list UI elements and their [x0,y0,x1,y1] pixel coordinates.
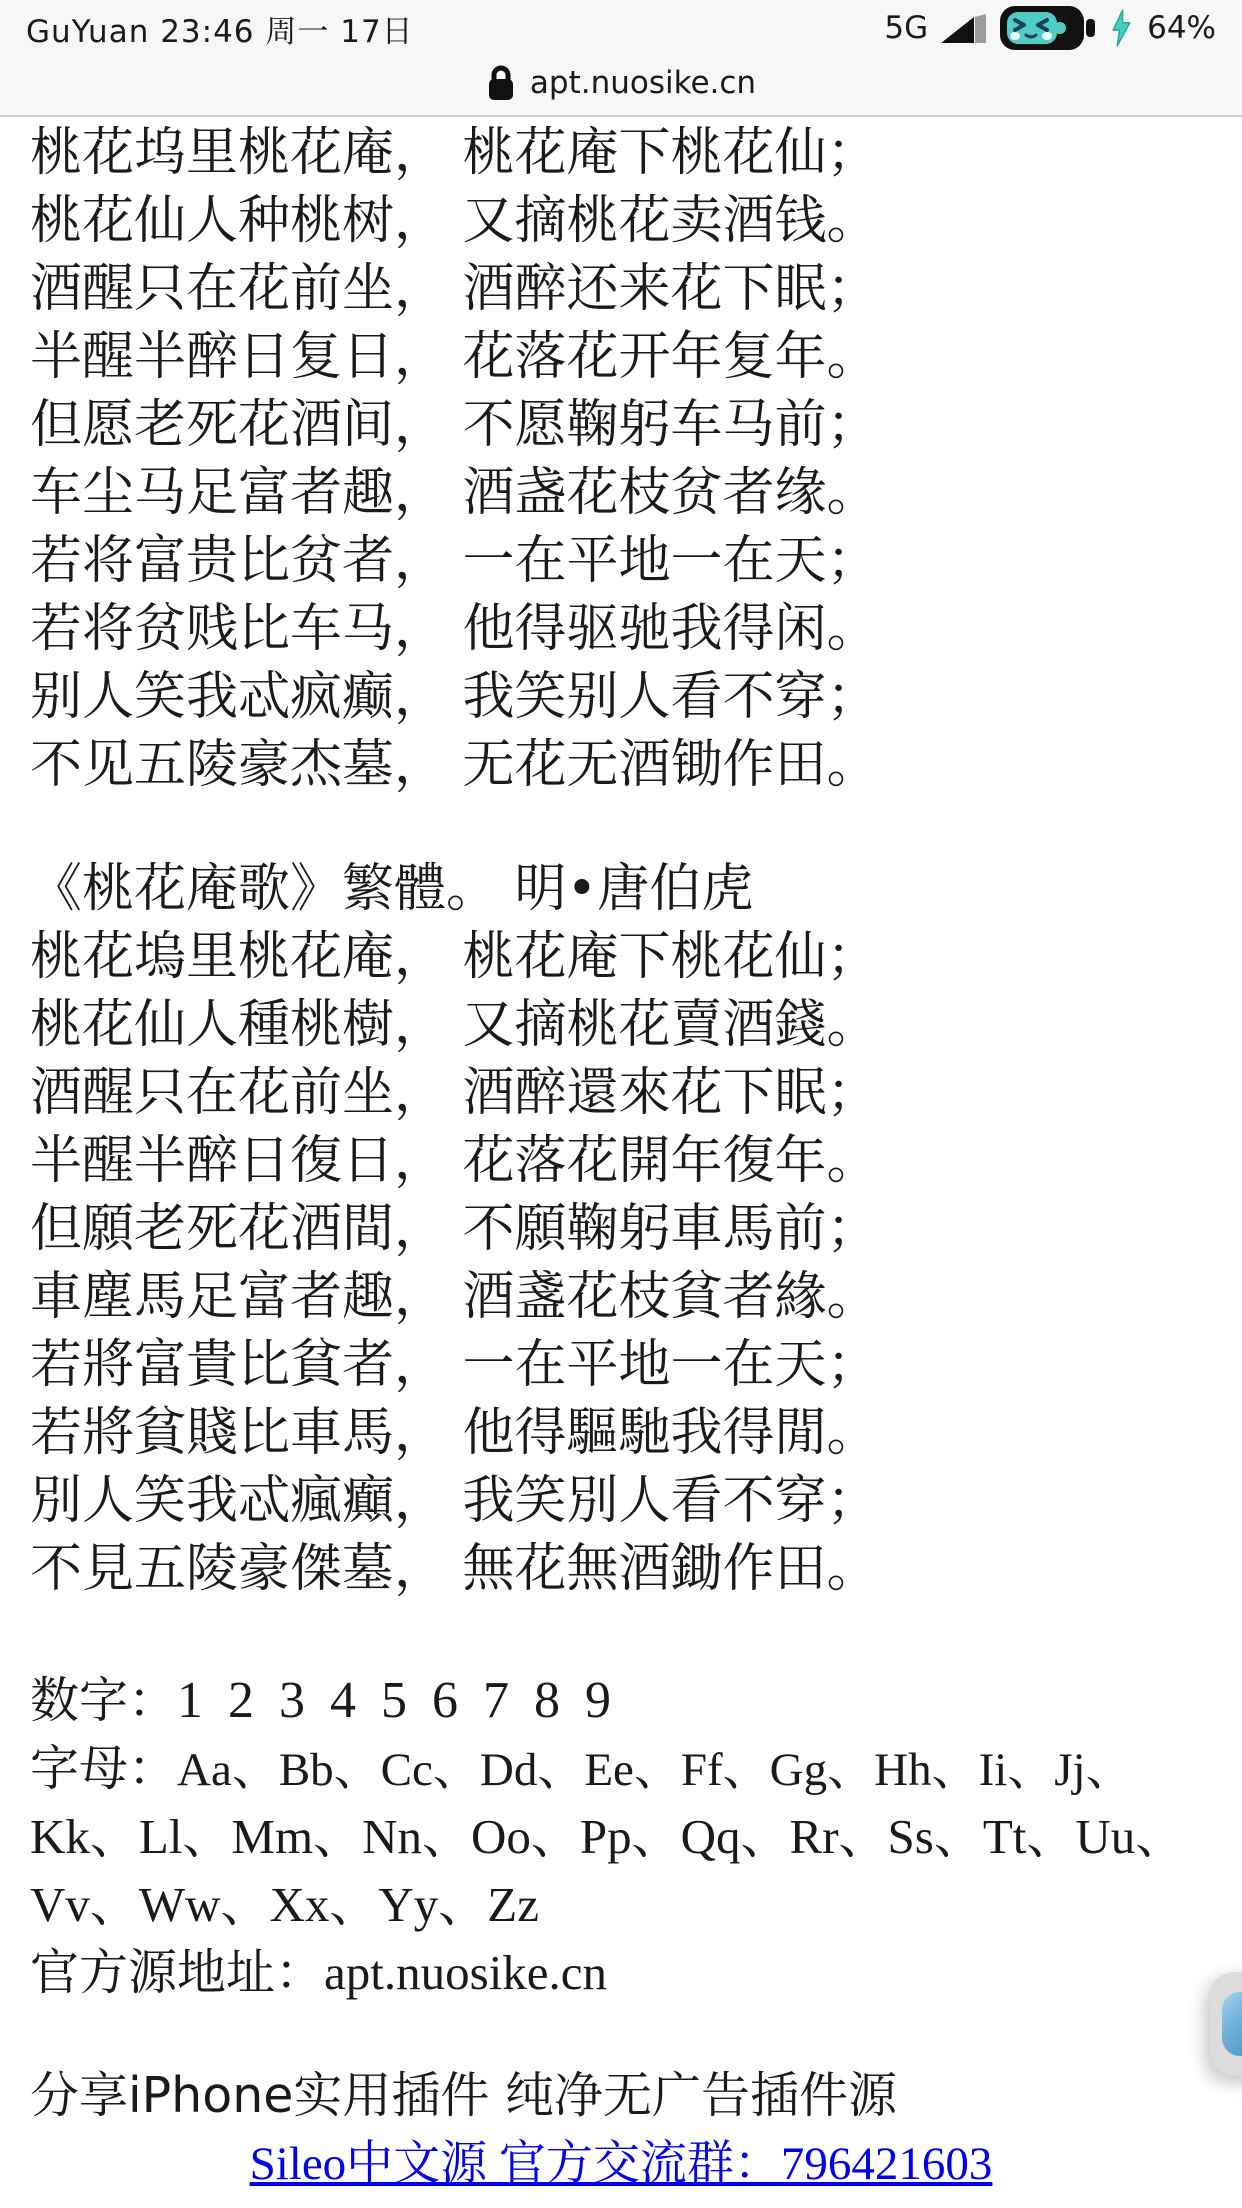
battery-percent-label: 64% [1147,10,1216,46]
source-address-value: apt.nuosike.cn [324,1945,607,2000]
poem-line: 车尘马足富者趣， 酒盏花枝贫者缘。 [30,459,1242,527]
network-type-label: 5G [884,10,928,46]
sileo-link-line: Sileo中文源 官方交流群：796421603 [0,2130,1242,2198]
numbers-line: 数字：1 2 3 4 5 6 7 8 9 [30,1667,1242,1735]
poem-line: 但願老死花酒間， 不願鞠躬車馬前； [30,1195,1242,1263]
letters-line: 字母：Aa、Bb、Cc、Dd、Ee、Ff、Gg、Hh、Ii、Jj、 [30,1735,1242,1803]
status-bar: GuYuan 23:46 周一 17日 5G 64% [0,6,1242,50]
traditional-poem-header: 《桃花庵歌》繁體。 明•唐伯虎 [30,855,1242,923]
url-bar[interactable]: apt.nuosike.cn [0,59,1242,107]
poem-line: 若將貧賤比車馬， 他得驅馳我得閒。 [30,1399,1242,1467]
simplified-poem-block: 桃花坞里桃花庵， 桃花庵下桃花仙； 桃花仙人种桃树， 又摘桃花卖酒钱。 酒醒只在… [0,119,1242,799]
poem-line: 若将富贵比贫者， 一在平地一在天； [30,527,1242,595]
signal-strength-icon [941,13,987,43]
lock-icon [486,64,516,102]
poem-line: 車塵馬足富者趣， 酒盞花枝貧者緣。 [30,1263,1242,1331]
numbers-value: 1 2 3 4 5 6 7 8 9 [177,1672,617,1729]
traditional-poem-block: 《桃花庵歌》繁體。 明•唐伯虎 桃花塢里桃花庵， 桃花庵下桃花仙； 桃花仙人種桃… [0,855,1242,1603]
sileo-group-link[interactable]: Sileo中文源 官方交流群：796421603 [250,2138,993,2190]
poem-line: 桃花塢里桃花庵， 桃花庵下桃花仙； [30,923,1242,991]
poem-line: 不见五陵豪杰墓， 无花无酒锄作田。 [30,731,1242,799]
source-address-label: 官方源地址： [30,1944,324,2001]
poem-line: 桃花仙人種桃樹， 又摘桃花賣酒錢。 [30,991,1242,1059]
poem-line: 若将贫贱比车马， 他得驱驰我得闲。 [30,595,1242,663]
top-header: GuYuan 23:46 周一 17日 5G 64% [0,0,1242,117]
letters-value: Aa、Bb、Cc、Dd、Ee、Ff、Gg、Hh、Ii、Jj、 [177,1744,1133,1796]
poem-line: 半醒半醉日復日， 花落花開年復年。 [30,1127,1242,1195]
page-content: 桃花坞里桃花庵， 桃花庵下桃花仙； 桃花仙人种桃树， 又摘桃花卖酒钱。 酒醒只在… [0,119,1242,2198]
charging-bolt-icon [1109,9,1134,47]
source-address-line: 官方源地址：apt.nuosike.cn [30,1939,1242,2007]
url-domain-label: apt.nuosike.cn [530,65,756,101]
floating-widget[interactable] [1210,1972,1242,2076]
samples-block: 数字：1 2 3 4 5 6 7 8 9 字母：Aa、Bb、Cc、Dd、Ee、F… [0,1667,1242,2007]
poem-line: 但愿老死花酒间， 不愿鞠躬车马前； [30,391,1242,459]
poem-line: 桃花坞里桃花庵， 桃花庵下桃花仙； [30,119,1242,187]
poem-line: 酒醒只在花前坐， 酒醉還來花下眠； [30,1059,1242,1127]
letters-label: 字母： [30,1740,177,1797]
numbers-label: 数字： [30,1672,177,1729]
poem-line: 半醒半醉日复日， 花落花开年复年。 [30,323,1242,391]
letters-line: Kk、Ll、Mm、Nn、Oo、Pp、Qq、Rr、Ss、Tt、Uu、 [30,1803,1242,1871]
battery-face-icon [1000,4,1096,52]
carrier-time-label: GuYuan 23:46 周一 17日 [26,6,414,51]
share-text: 分享iPhone实用插件 纯净无广告插件源 [0,2062,1242,2130]
poem-line: 別人笑我忒瘋癲， 我笑別人看不穿； [30,1467,1242,1535]
poem-line: 若將富貴比貧者， 一在平地一在天； [30,1331,1242,1399]
footer-block: 分享iPhone实用插件 纯净无广告插件源 Sileo中文源 官方交流群：796… [0,2062,1242,2198]
poem-line: 不見五陵豪傑墓， 無花無酒鋤作田。 [30,1535,1242,1603]
widget-capsule-icon [1222,1992,1242,2056]
poem-line: 别人笑我忒疯癫， 我笑别人看不穿； [30,663,1242,731]
poem-line: 桃花仙人种桃树， 又摘桃花卖酒钱。 [30,187,1242,255]
poem-line: 酒醒只在花前坐， 酒醉还来花下眠； [30,255,1242,323]
letters-line: Vv、Ww、Xx、Yy、Zz [30,1871,1242,1939]
